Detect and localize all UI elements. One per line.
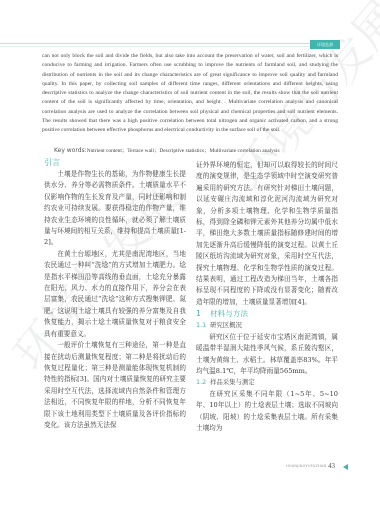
header-divider-secondary [0,46,310,47]
left-column: 引言 土壤是作物生长的基础，为作物健康生长提供水分、养分等必需物质条件。土壤质量… [44,160,186,431]
page-number: 43 [328,462,335,470]
body-paragraph: 在黄土台塬地区，尤其是南泥湾地区，当地农民通过一种叫“洗埝”的方式增加土壤肥力。… [44,249,186,340]
body-paragraph: 证外界环境的恒定，但却可以取得较长的时间尺度的演变规律，是生态学领域中时空演变研… [196,160,338,308]
keywords-line: Key words:Nutrient content；Terrace wall；… [54,147,340,155]
section-title: 材料与方法 [210,309,248,318]
section-title: 研究区概况 [210,321,242,329]
section-heading-1-1: 1.1研究区概况 [196,320,338,332]
body-paragraph: 研究区位于位于延安市宝塔区南泥湾镇，属暖温带半湿润大陆性季风气候，系丘陵沟壑区，… [196,332,338,378]
journal-name-footer: HUANJINGYUFAZHAN [286,464,326,468]
body-paragraph: 一般评价土壤恢复有三种途径，第一种是直接在扰动后测量恢复程度；第二种是将扰动后的… [44,340,186,431]
intro-heading: 引言 [44,157,186,169]
body-paragraph: 在研究区采集不同年限（1~5年、5~10年、10年以上）的土埝表层土壤；选取不同… [196,389,338,435]
section-number: 1.1 [196,320,210,332]
keywords-text: Nutrient content；Terrace wall；Descriptiv… [87,148,280,154]
english-abstract: can not only block the soil and divide t… [42,52,338,136]
section-number: 1 [196,308,210,320]
keywords-label: Key words: [54,147,87,154]
section-title: 样品采集与测定 [210,378,255,386]
header-divider [0,43,310,44]
section-heading-1: 1材料与方法 [196,308,338,320]
body-paragraph: 土壤是作物生长的基础，为作物健康生长提供水分、养分等必需物质条件。土壤质量水平不… [44,169,186,249]
section-heading-1-2: 1.2样品采集与测定 [196,377,338,389]
section-tag: 环境监测 [310,40,340,49]
section-number: 1.2 [196,377,210,389]
right-column: 证外界环境的恒定，但却可以取得较长的时间尺度的演变规律，是生态学领域中时空演变研… [196,160,338,435]
page-arrow-icon [343,464,348,470]
